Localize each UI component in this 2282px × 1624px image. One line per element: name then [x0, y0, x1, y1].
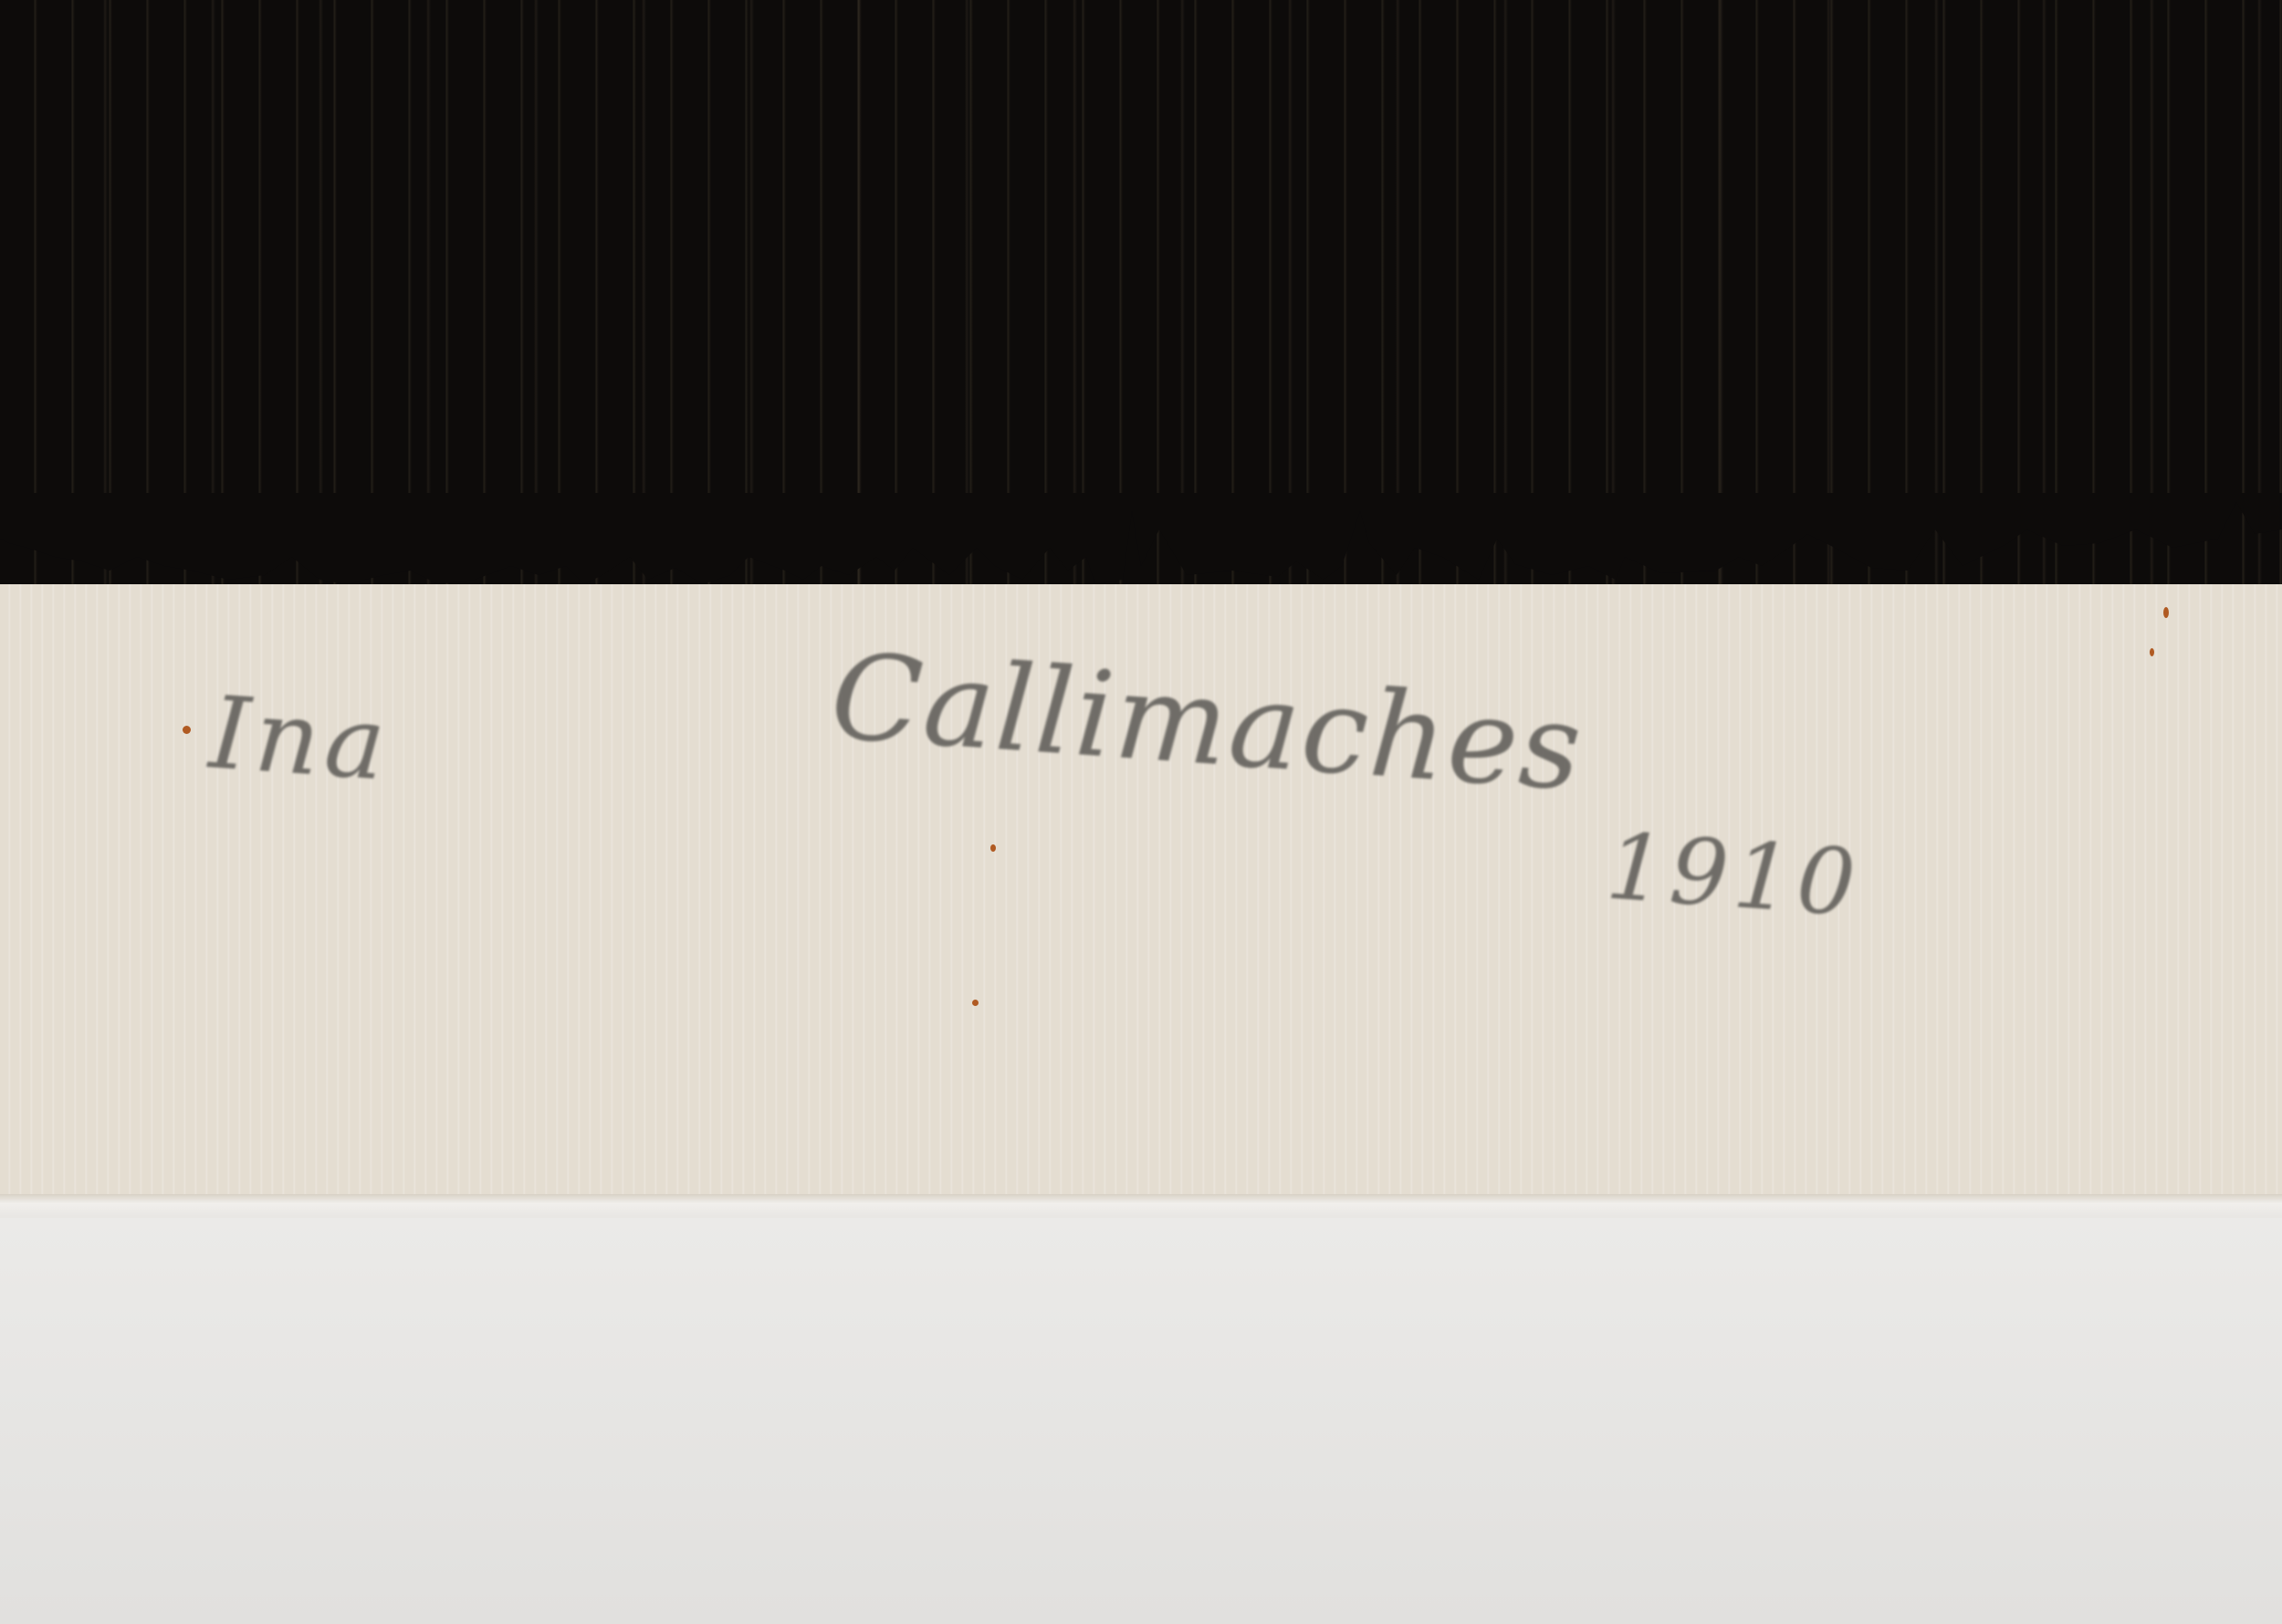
mat-bevel-edge — [0, 1194, 2282, 1218]
foxing-spot — [183, 726, 191, 734]
foxing-spot — [972, 1000, 979, 1006]
foxing-spot — [990, 844, 996, 852]
foxing-spot — [2163, 607, 2169, 618]
print-photograph: Ina Callimaches 1910 — [0, 0, 2282, 1624]
foxing-spot — [2150, 648, 2154, 656]
pencil-year: 1910 — [1603, 812, 1864, 937]
white-mat — [0, 1218, 2282, 1624]
ink-ragged-edge — [0, 493, 2282, 584]
pencil-edition-inscription: Ina — [206, 674, 394, 802]
